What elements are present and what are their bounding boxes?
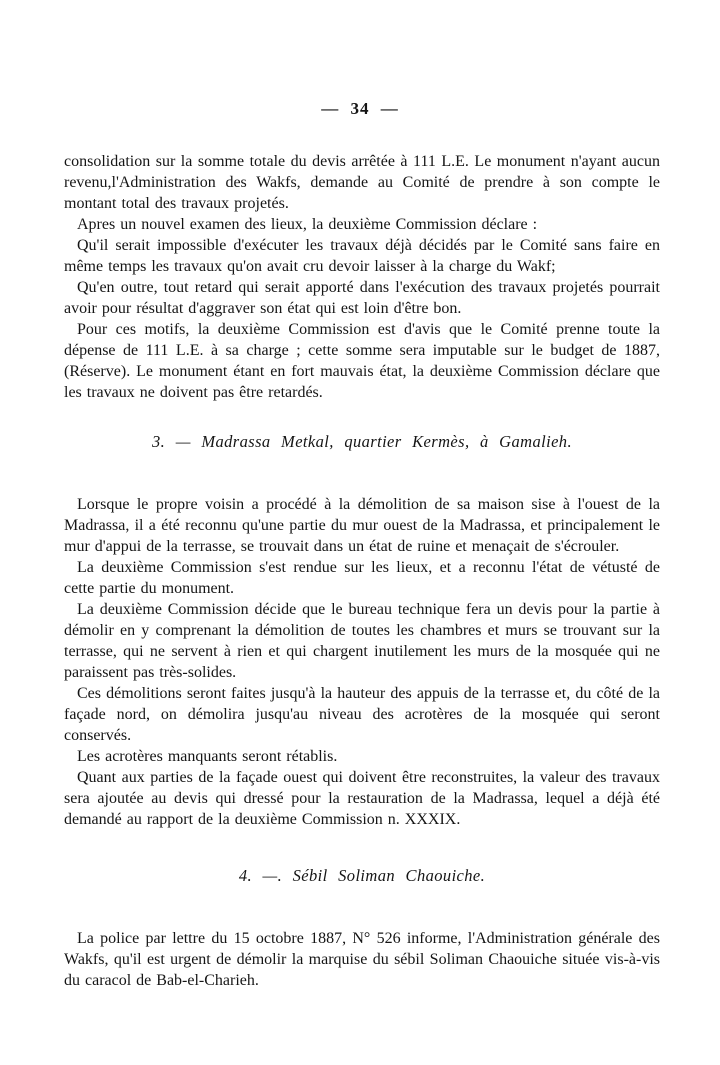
paragraph-intro-1: consolidation sur la somme totale du dev… <box>64 151 660 214</box>
paragraph-intro-4: Qu'en outre, tout retard qui serait appo… <box>64 277 660 319</box>
paragraph-s3-2: La deuxième Commission s'est rendue sur … <box>64 557 660 599</box>
section-heading-3: 3. — Madrassa Metkal, quartier Kermès, à… <box>64 432 660 452</box>
paragraph-intro-3: Qu'il serait impossible d'exécuter les t… <box>64 235 660 277</box>
paragraph-s4-1: La police par lettre du 15 octobre 1887,… <box>64 928 660 991</box>
paragraph-s3-6: Quant aux parties de la façade ouest qui… <box>64 767 660 830</box>
paragraph-s3-1: Lorsque le propre voisin a procédé à la … <box>64 494 660 557</box>
document-page: — 34 — consolidation sur la somme totale… <box>0 0 720 1065</box>
paragraph-intro-2: Apres un nouvel examen des lieux, la deu… <box>64 214 660 235</box>
section-heading-4: 4. —. Sébil Soliman Chaouiche. <box>64 866 660 886</box>
paragraph-intro-5: Pour ces motifs, la deuxième Commission … <box>64 319 660 403</box>
page-number: — 34 — <box>0 0 720 119</box>
paragraph-s3-5: Les acrotères manquants seront rétablis. <box>64 746 660 767</box>
page-body: consolidation sur la somme totale du dev… <box>64 151 660 991</box>
paragraph-s3-4: Ces démolitions seront faites jusqu'à la… <box>64 683 660 746</box>
paragraph-s3-3: La deuxième Commission décide que le bur… <box>64 599 660 683</box>
